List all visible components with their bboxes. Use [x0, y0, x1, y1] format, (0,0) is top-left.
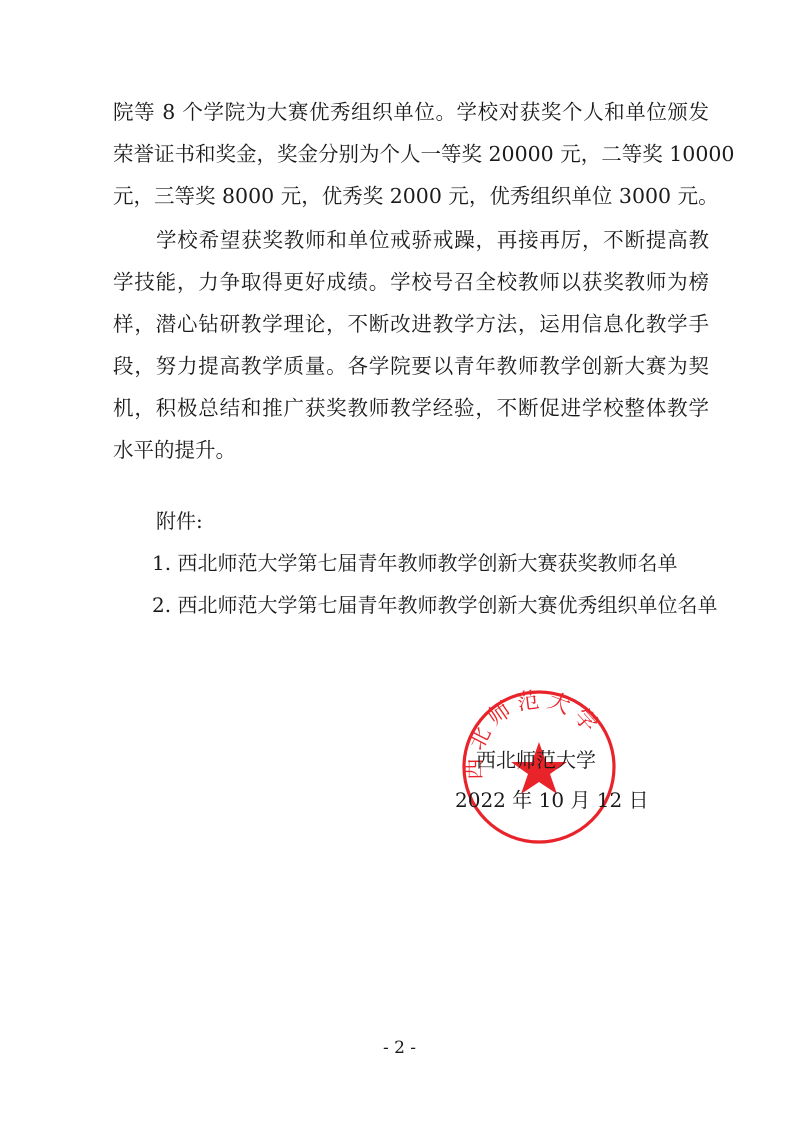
paragraph-1-line-2: 荣誉证书和奖金，奖金分别为个人一等奖 20000 元，二等奖 10000 [113, 140, 709, 168]
paragraph-2-line-6: 水平的提升。 [113, 436, 709, 464]
signature-date: 2022 年 10 月 12 日 [455, 786, 649, 814]
paragraph-2-line-4: 段，努力提高教学质量。各学院要以青年教师教学创新大赛为契 [113, 352, 709, 380]
paragraph-1-line-3: 元，三等奖 8000 元，优秀奖 2000 元，优秀组织单位 3000 元。 [113, 182, 709, 210]
signature-organization: 西北师范大学 [476, 746, 596, 774]
paragraph-2-line-3: 样，潜心钻研教学理论，不断改进教学方法，运用信息化教学手 [113, 310, 709, 338]
paragraph-2-line-1: 学校希望获奖教师和单位戒骄戒躁，再接再厉，不断提高教 [156, 226, 709, 254]
paragraph-1-line-1: 院等 8 个学院为大赛优秀组织单位。学校对获奖个人和单位颁发 [113, 98, 709, 126]
attachment-item-2: 2. 西北师范大学第七届青年教师教学创新大赛优秀组织单位名单 [152, 591, 717, 619]
attachments-label: 附件: [156, 507, 203, 535]
page-number: - 2 - [0, 1038, 799, 1058]
paragraph-2-line-5: 机，积极总结和推广获奖教师教学经验，不断促进学校整体教学 [113, 394, 709, 422]
paragraph-2-line-2: 学技能，力争取得更好成绩。学校号召全校教师以获奖教师为榜 [113, 268, 709, 296]
attachment-item-1: 1. 西北师范大学第七届青年教师教学创新大赛获奖教师名单 [152, 549, 677, 577]
document-page: 院等 8 个学院为大赛优秀组织单位。学校对获奖个人和单位颁发 荣誉证书和奖金，奖… [0, 0, 799, 1131]
